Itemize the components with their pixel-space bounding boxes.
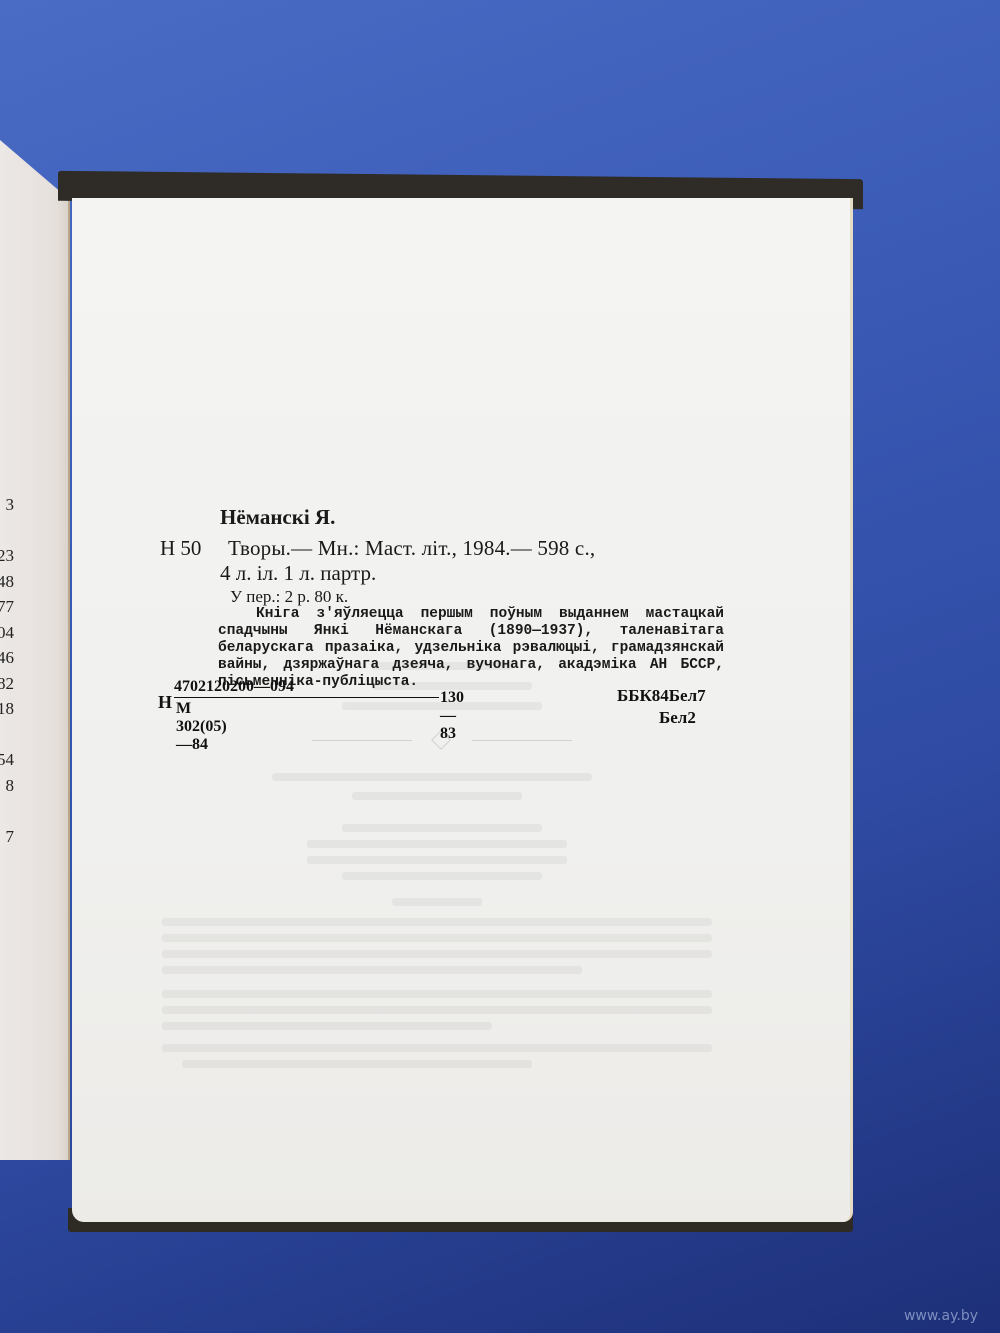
bleed-through — [342, 824, 542, 832]
bleed-through — [162, 934, 712, 942]
author-heading: Нёманскі Я. — [220, 505, 335, 530]
index-letter: Н — [158, 692, 172, 713]
ornament-line — [312, 740, 412, 741]
page-number: 23 — [0, 543, 14, 569]
index-tail: 130—83 — [440, 689, 464, 743]
bbk-code-2: Бел2 — [659, 708, 696, 728]
page-number: 46 — [0, 645, 14, 671]
page-number: 3 — [0, 492, 14, 518]
title-line: Творы.— Мн.: Маст. літ., 1984.— 598 с., — [228, 536, 595, 561]
index-numerator: 4702120200—094 — [174, 678, 439, 698]
bleed-through — [162, 1044, 712, 1052]
left-page: 3 23 48 77 04 46 82 18 54 8 7 — [0, 140, 70, 1160]
page-number: 7 — [0, 824, 14, 850]
bleed-through — [307, 856, 567, 864]
bleed-through — [162, 966, 582, 974]
bleed-through — [162, 950, 712, 958]
bbk-code: ББК84Бел7 — [617, 686, 706, 706]
ornament-line — [472, 740, 572, 741]
page-number: 18 — [0, 696, 14, 722]
page-number: 48 — [0, 569, 14, 595]
page-number — [0, 798, 14, 824]
bleed-through — [307, 840, 567, 848]
page-number-column: 3 23 48 77 04 46 82 18 54 8 7 — [0, 492, 14, 849]
bleed-through — [392, 898, 482, 906]
extent-line: 4 л. іл. 1 л. партр. — [220, 561, 376, 586]
bleed-through — [162, 918, 712, 926]
bleed-through — [342, 872, 542, 880]
page-number: 77 — [0, 594, 14, 620]
bleed-through — [162, 1006, 712, 1014]
page-number: 54 — [0, 747, 14, 773]
page-number — [0, 722, 14, 748]
page-number: 82 — [0, 671, 14, 697]
bleed-through — [162, 990, 712, 998]
bleed-through — [272, 773, 592, 781]
page-number: 8 — [0, 773, 14, 799]
bleed-through — [182, 1060, 532, 1068]
price-line: У пер.: 2 р. 80 к. — [230, 587, 348, 607]
page-number — [0, 518, 14, 544]
watermark: www.ay.by — [904, 1308, 978, 1324]
index-denominator: М 302(05)—84 — [176, 700, 227, 754]
bleed-through — [352, 792, 522, 800]
gutter — [68, 200, 70, 1160]
page-number: 04 — [0, 620, 14, 646]
bleed-through — [162, 1022, 492, 1030]
call-code: Н 50 — [160, 536, 201, 561]
book-page: Нёманскі Я. Н 50 Творы.— Мн.: Маст. літ.… — [72, 198, 853, 1222]
